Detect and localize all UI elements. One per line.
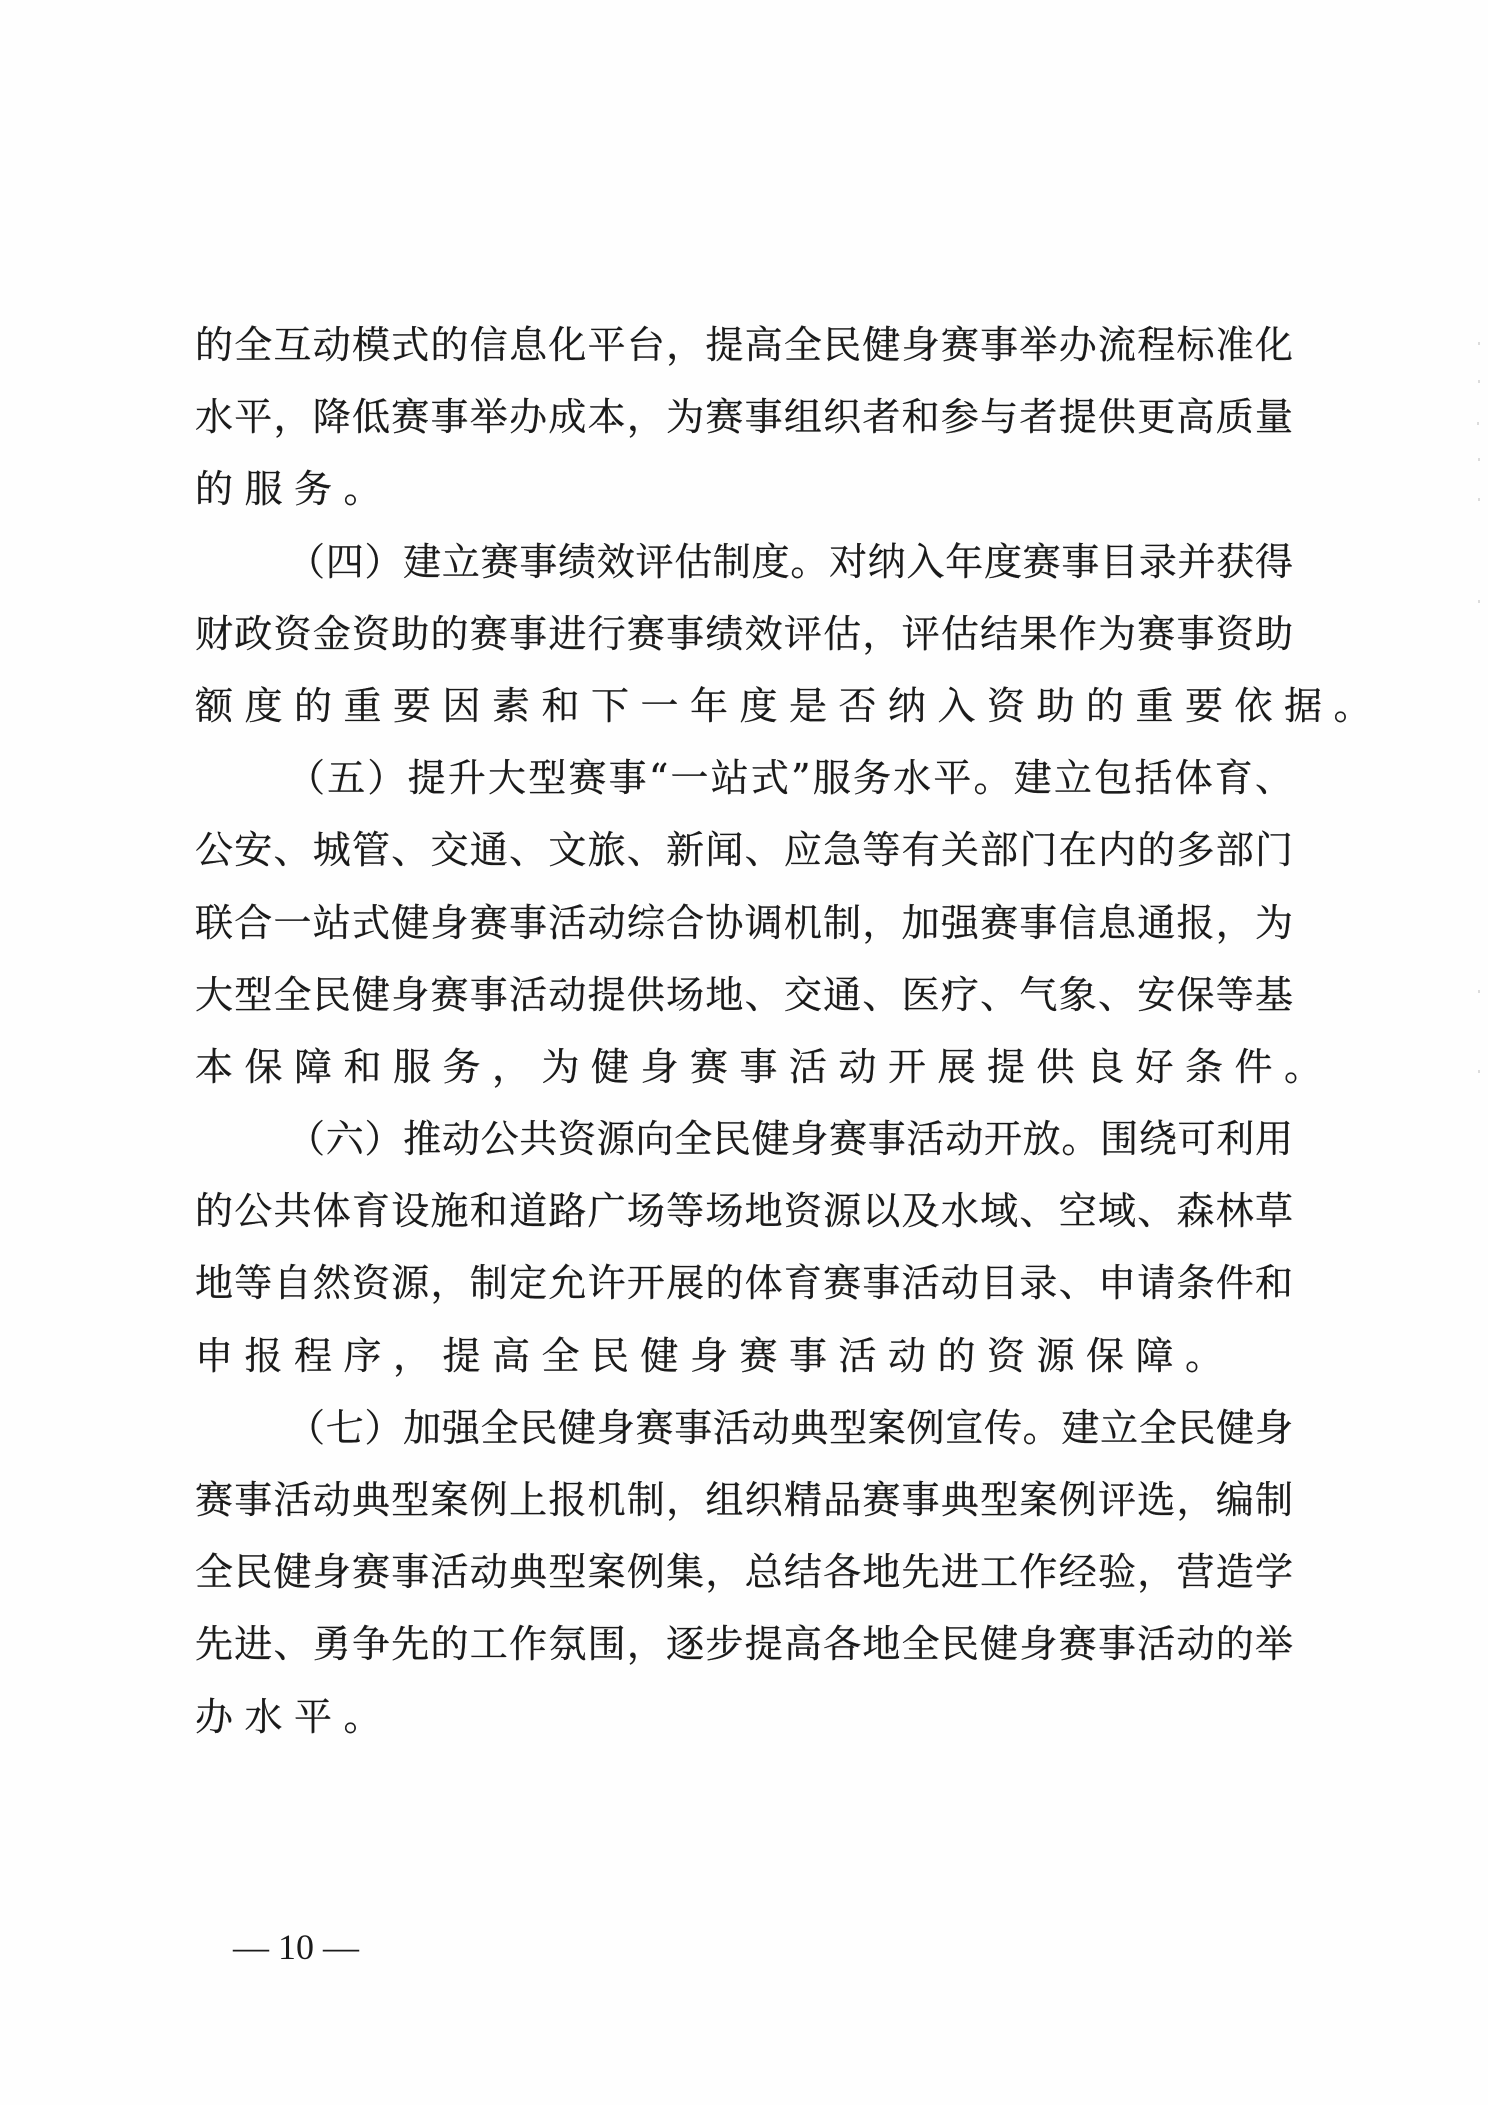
text-line: 额度的重要因素和下一年度是否纳入资助的重要依据。 xyxy=(195,670,1293,742)
text-line: 的服务。 xyxy=(195,453,1293,525)
text-line: 申报程序，提高全民健身赛事活动的资源保障。 xyxy=(195,1320,1293,1392)
document-page: 的全互动模式的信息化平台，提高全民健身赛事举办流程标准化 水平，降低赛事举办成本… xyxy=(0,0,1488,2105)
text-line: 的公共体育设施和道路广场等场地资源以及水域、空域、森林草 xyxy=(195,1175,1293,1247)
text-line: 办水平。 xyxy=(195,1681,1293,1753)
text-line: 联合一站式健身赛事活动综合协调机制，加强赛事信息通报，为 xyxy=(195,887,1293,959)
text-line: 先进、勇争先的工作氛围，逐步提高各地全民健身赛事活动的举 xyxy=(195,1608,1293,1680)
scan-speck xyxy=(1478,342,1480,345)
scan-speck xyxy=(1478,458,1480,461)
text-line: 地等自然资源，制定允许开展的体育赛事活动目录、申请条件和 xyxy=(195,1247,1293,1319)
scan-speck xyxy=(1478,498,1480,501)
scan-speck xyxy=(1477,422,1479,425)
body-text: 的全互动模式的信息化平台，提高全民健身赛事举办流程标准化 水平，降低赛事举办成本… xyxy=(195,309,1293,1753)
scan-speck xyxy=(1478,1070,1480,1073)
scan-speck xyxy=(1478,380,1480,383)
text-line: 财政资金资助的赛事进行赛事绩效评估，评估结果作为赛事资助 xyxy=(195,598,1293,670)
text-line: 赛事活动典型案例上报机制，组织精品赛事典型案例评选，编制 xyxy=(195,1464,1293,1536)
text-line: 本保障和服务，为健身赛事活动开展提供良好条件。 xyxy=(195,1031,1293,1103)
text-line: 水平，降低赛事举办成本，为赛事组织者和参与者提供更高质量 xyxy=(195,381,1293,453)
page-number: — 10 — xyxy=(233,1922,359,1972)
text-line: 的全互动模式的信息化平台，提高全民健身赛事举办流程标准化 xyxy=(195,309,1293,381)
text-line: （七）加强全民健身赛事活动典型案例宣传。建立全民健身 xyxy=(195,1392,1293,1464)
text-line: （五）提升大型赛事“一站式”服务水平。建立包括体育、 xyxy=(195,742,1293,814)
text-line: 大型全民健身赛事活动提供场地、交通、医疗、气象、安保等基 xyxy=(195,959,1293,1031)
text-line: （四）建立赛事绩效评估制度。对纳入年度赛事目录并获得 xyxy=(195,526,1293,598)
scan-speck xyxy=(1478,990,1480,993)
text-line: （六）推动公共资源向全民健身赛事活动开放。围绕可利用 xyxy=(195,1103,1293,1175)
text-line: 公安、城管、交通、文旅、新闻、应急等有关部门在内的多部门 xyxy=(195,814,1293,886)
scan-speck xyxy=(1478,600,1480,603)
text-line: 全民健身赛事活动典型案例集，总结各地先进工作经验，营造学 xyxy=(195,1536,1293,1608)
